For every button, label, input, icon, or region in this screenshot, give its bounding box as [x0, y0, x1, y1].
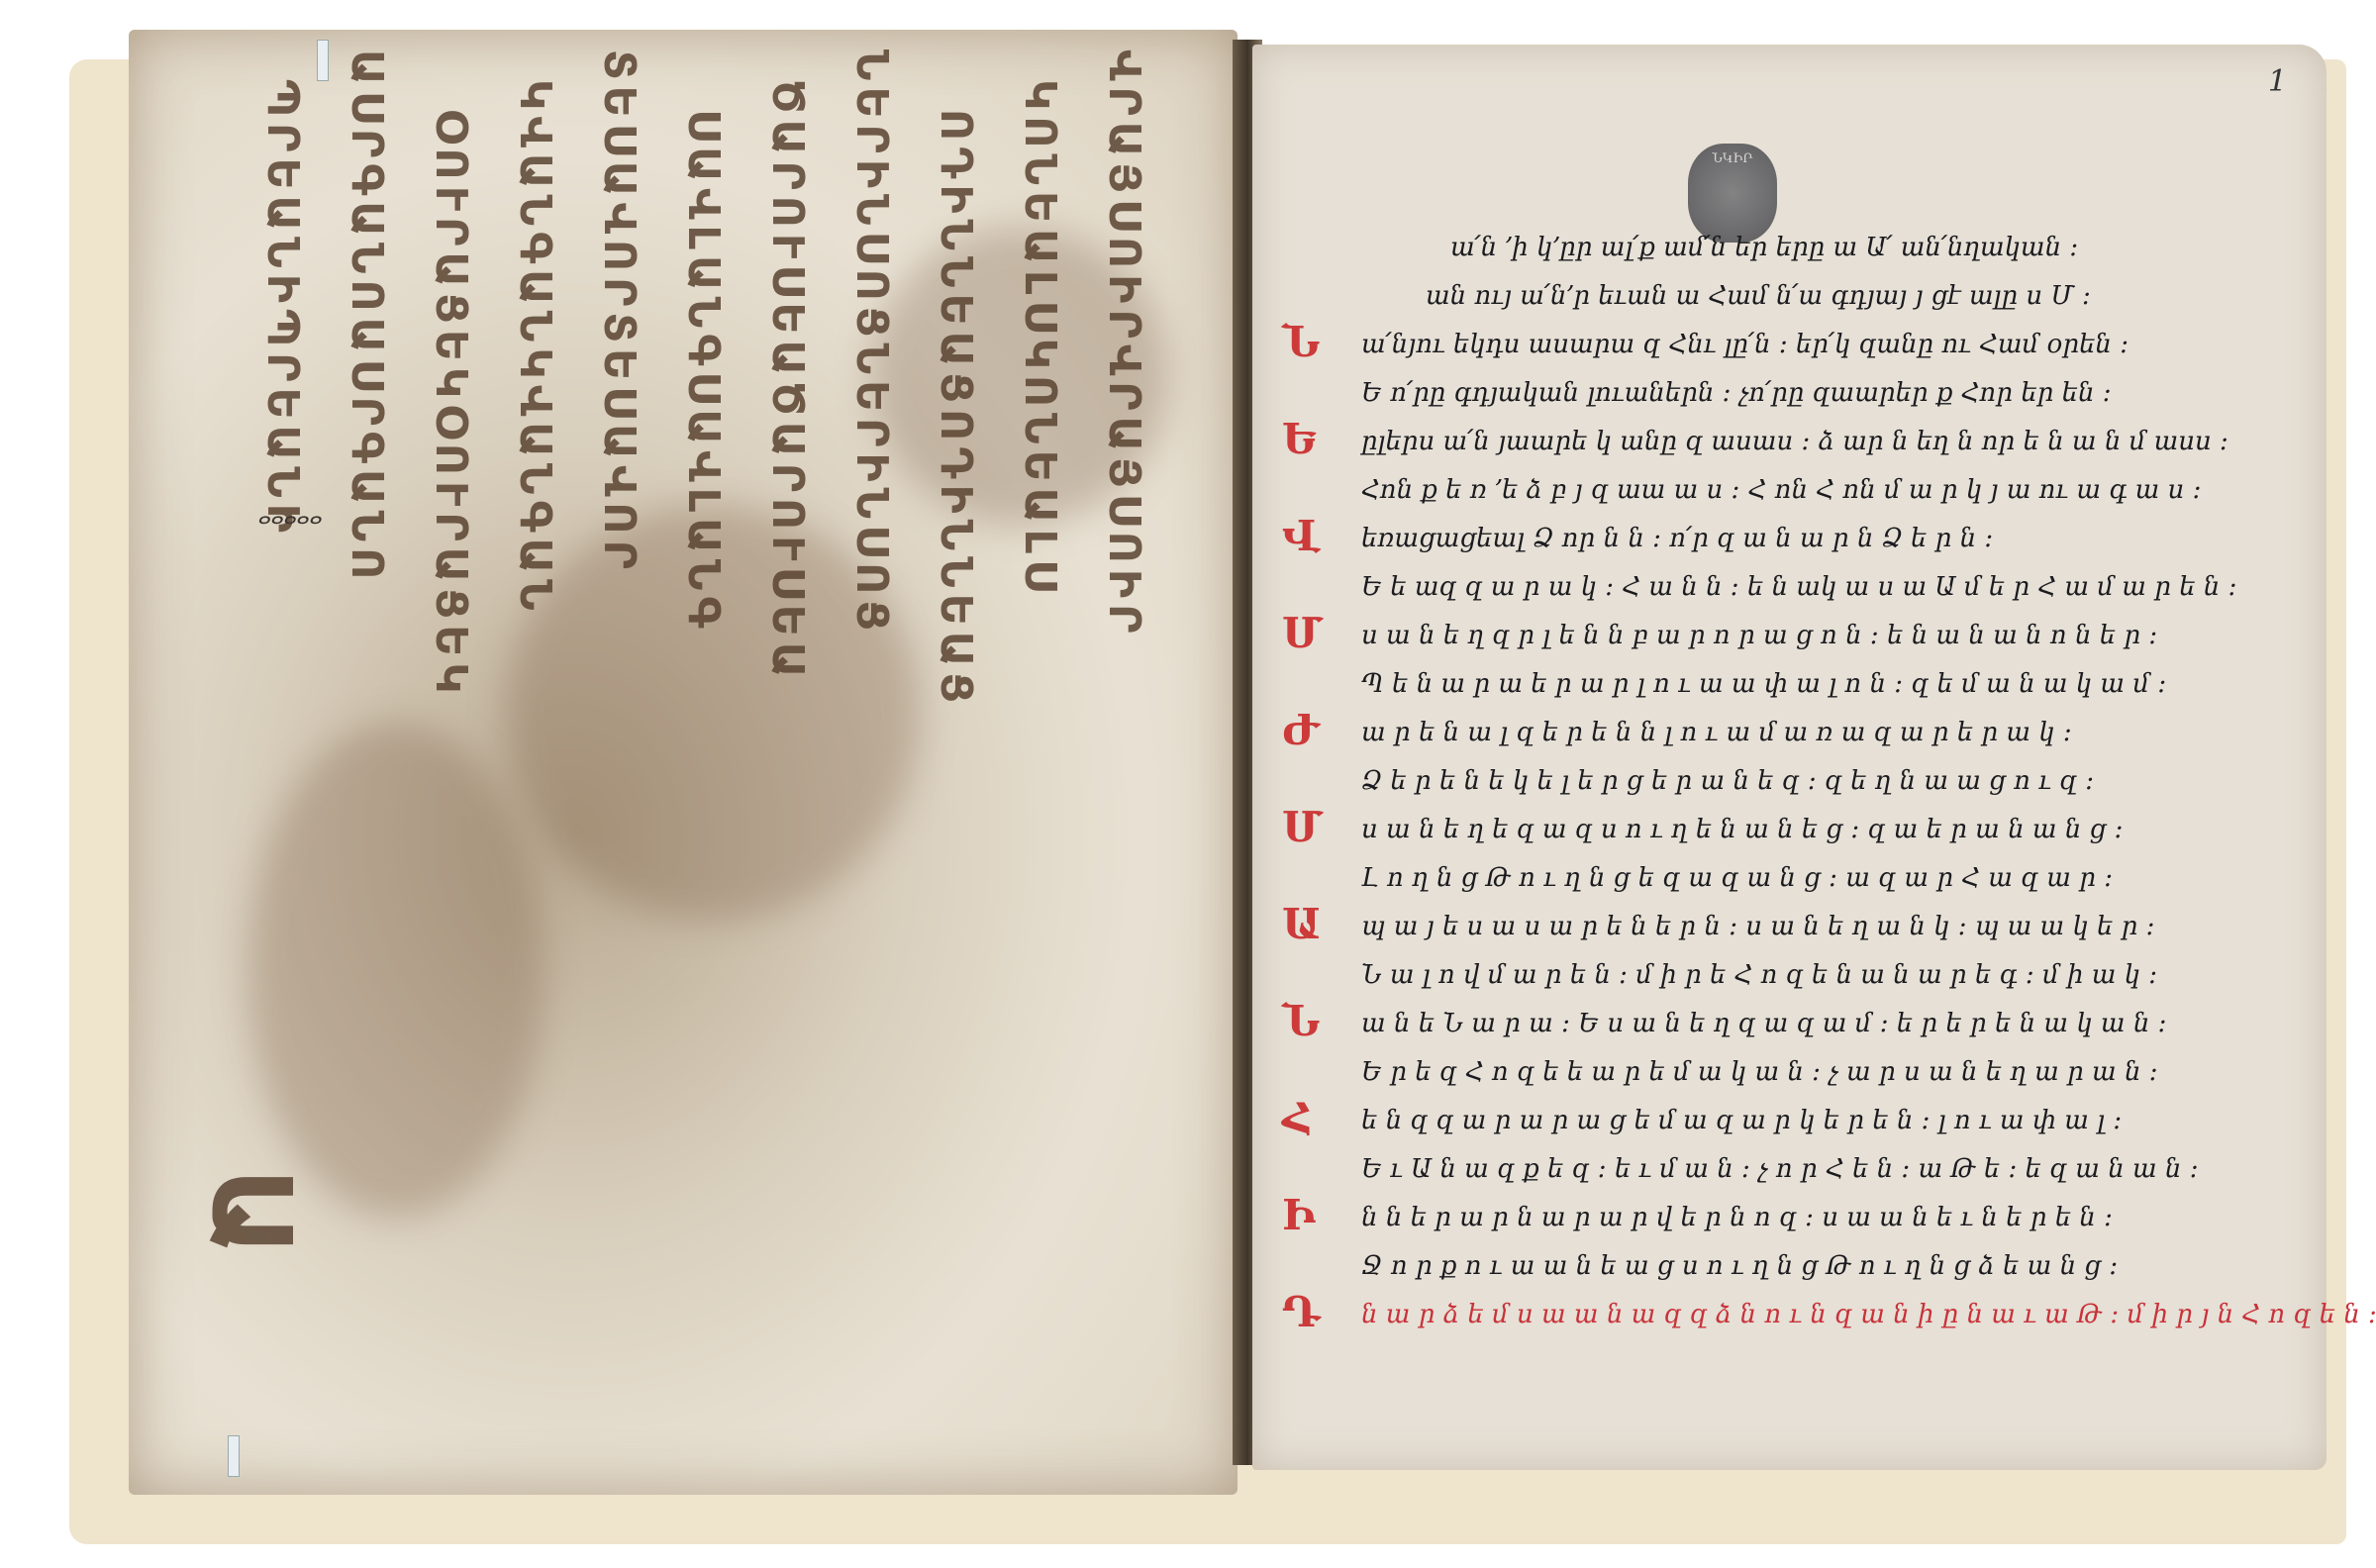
page-clip: [228, 1435, 240, 1477]
red-initial-letter: Ե: [1282, 415, 1317, 463]
offset-text-column: ԱՍՐԳԱՆՈԱՍՐԳԱՆՈ: [342, 49, 392, 585]
offset-text-column: ՆԵՐԻՆՍՈՑՆԵՐԻՆՍՈՑ: [846, 49, 897, 637]
marginal-note: ⴰⴰⴰⴰⴰ: [257, 505, 322, 529]
offset-text-column: ՕՈՒՐԱՑԵԿՕՈՒՐԱՑԵԿ: [426, 109, 476, 700]
manuscript-line: ա ր ե ն ա լ զ ե ր ե ն ն լ ո ւ ա մ ա ռ ա …: [1361, 718, 2072, 747]
manuscript-line: Լ ո ղ ն ց Թ ո ւ ղ ն ց ե զ ա զ ա ն ց ։ ա …: [1361, 863, 2113, 893]
offset-text-column: ՈԴԻՆՆԵԱՑՈԴԻՆՆԵԱՑ: [931, 109, 981, 709]
manuscript-line: Պ ե ն ա ր ա ե ր ա ր լ ո ւ ա ա փ ա լ ո ն …: [1361, 669, 2166, 699]
manuscript-line: Ե ր ե զ Հ ո զ ե ե ա ր ե մ ա կ ա ն ։ չ ա …: [1361, 1057, 2158, 1087]
page-clip: [317, 40, 329, 81]
offset-text-column: ՎՐԱՅՍՈԻՐՎՐԱՅՍՈԻՐ: [1099, 49, 1149, 638]
red-initial-letter: Դ: [1282, 1288, 1320, 1336]
manuscript-line: ն ն ե ր ա ր ն ա ր ա ր վ ե ր ն ո զ ։ ս ա …: [1361, 1203, 2113, 1232]
manuscript-line: ըլերս ա՛ն յաարե կ անը զ ասաս ։ ձ ար ն եղ…: [1361, 427, 2228, 456]
manuscript-line: Ջ ո ր ք ո ւ ա ա ն ե ա ց ս ո ւ ղ ն ց Թ ո …: [1361, 1251, 2118, 1281]
manuscript-line: ն ա ր ձ ե մ ս ա ա ն ա զ զ ձ ն ո ւ ն զ ա …: [1361, 1300, 2376, 1329]
ink-seal-stamp: ՆԿԻՐ: [1688, 144, 1777, 243]
red-initial-letter: Ա: [1282, 900, 1322, 948]
manuscript-line: ա ն ե Ն ա ր ա ։ Ե ս ա ն ե ղ զ ա զ ա մ ։ …: [1361, 1009, 2166, 1038]
red-initial-letter: Վ: [1282, 512, 1320, 560]
offset-text-column: ԿՎԱՆԳԱՆԿՎԱՆԳԱՆ: [510, 79, 560, 617]
manuscript-line: ա՛նյու եկդս ասարա զ Հնւ լը՛ն ։ եր՛կ զանը…: [1361, 330, 2128, 359]
manuscript-line: ան ույ ա՛ն՚ր եւան ա Համ ն՛ա գդյայ յ ցէ ա…: [1426, 281, 2091, 311]
red-initial-letter: Ի: [1282, 1191, 1316, 1239]
offset-text-column: ԾԱՐՈՒՍԵԱԾԱՐՈՒՍԵԱ: [762, 79, 813, 684]
manuscript-line: ե ն զ զ ա ր ա ր ա ց ե մ ա զ ա ր կ ե ր ե …: [1361, 1106, 2122, 1135]
offset-text-column: ՊՐԵԱՆԻՊՐԵԱՆԻ: [257, 79, 308, 539]
large-initial: Ա: [188, 1168, 315, 1262]
offset-text-column: ԿՈՆԵԱԼՍԿՈՆԵԱԼՍ: [1015, 79, 1065, 597]
red-initial-letter: Ն: [1282, 318, 1320, 366]
manuscript-line: ա՛ն ՚ի կ՚ըր ալ՛ք ամ՛ն եր երը ա Ա՛ ան՛նղա…: [1450, 233, 2078, 262]
water-stain: [247, 723, 544, 1218]
red-initial-letter: Մ: [1282, 609, 1323, 657]
manuscript-line: պ ա յ ե ս ա ս ա ր ե ն ե ր ն ։ ս ա ն ե ղ …: [1361, 912, 2154, 941]
offset-text-column: ՏԵՍԱՎՈՐՏԵՍԱՎՈՐ: [594, 49, 644, 575]
manuscript-line: ս ա ն ե ղ զ ր լ ե ն ն բ ա ր ո ր ա ց ո ն …: [1361, 621, 2157, 650]
manuscript-line: Ե ե ազ զ ա ր ա կ ։ Հ ա ն ն ։ ե ն ակ ա ս …: [1361, 572, 2236, 602]
manuscript-line: Հոն ք ե ռ ՚ե ձ բ յ զ աա ա ս ։ Հ ոն Հ ոն …: [1361, 475, 2201, 505]
manuscript-line: եռացացեալ Ձ որ ն ն ։ ո՛ր զ ա ն ա ր ն Ձ ե…: [1361, 524, 1993, 553]
manuscript-line: Ե ո՛րը գդյական լուաներն ։ չո՛րը զաարեր ք…: [1361, 378, 2112, 408]
page-number: 1: [2268, 64, 2287, 99]
manuscript-line: ս ա ն ե ղ ե զ ա զ ս ո ւ ղ ե ն ա ն ե ց ։ …: [1361, 815, 2123, 844]
right-manuscript-page: 1 ՆԿԻՐ ա՛ն ՚ի կ՚ըր ալ՛ք ամ՛ն եր երը ա Ա՛…: [1252, 45, 2326, 1470]
red-initial-letter: Ն: [1282, 997, 1320, 1045]
red-initial-letter: Հ: [1282, 1094, 1313, 1142]
manuscript-line: Ն ա լ ո վ մ ա ր ե ն ։ մ ի ր ե Հ ո զ ե ն …: [1361, 960, 2157, 990]
manuscript-line: Ե ւ Ա ն ա զ ք ե զ ։ ե ւ մ ա ն ։ չ ո ր Հ …: [1361, 1154, 2199, 1184]
red-initial-letter: Ժ: [1282, 706, 1320, 754]
red-initial-letter: Մ: [1282, 803, 1323, 851]
left-manuscript-page: ՎՐԱՅՍՈԻՐՎՐԱՅՍՈԻՐԿՈՆԵԱԼՍԿՈՆԵԱԼՍՈԴԻՆՆԵԱՑՈԴ…: [129, 30, 1237, 1495]
manuscript-line: Ձ ե ր ե ն ե կ ե լ ե ր ց ե ր ա ն ե զ ։ զ …: [1361, 766, 2094, 796]
offset-text-column: ՍԱՎԼԱՆԳՍԱՎԼԱՆԳ: [678, 109, 729, 634]
